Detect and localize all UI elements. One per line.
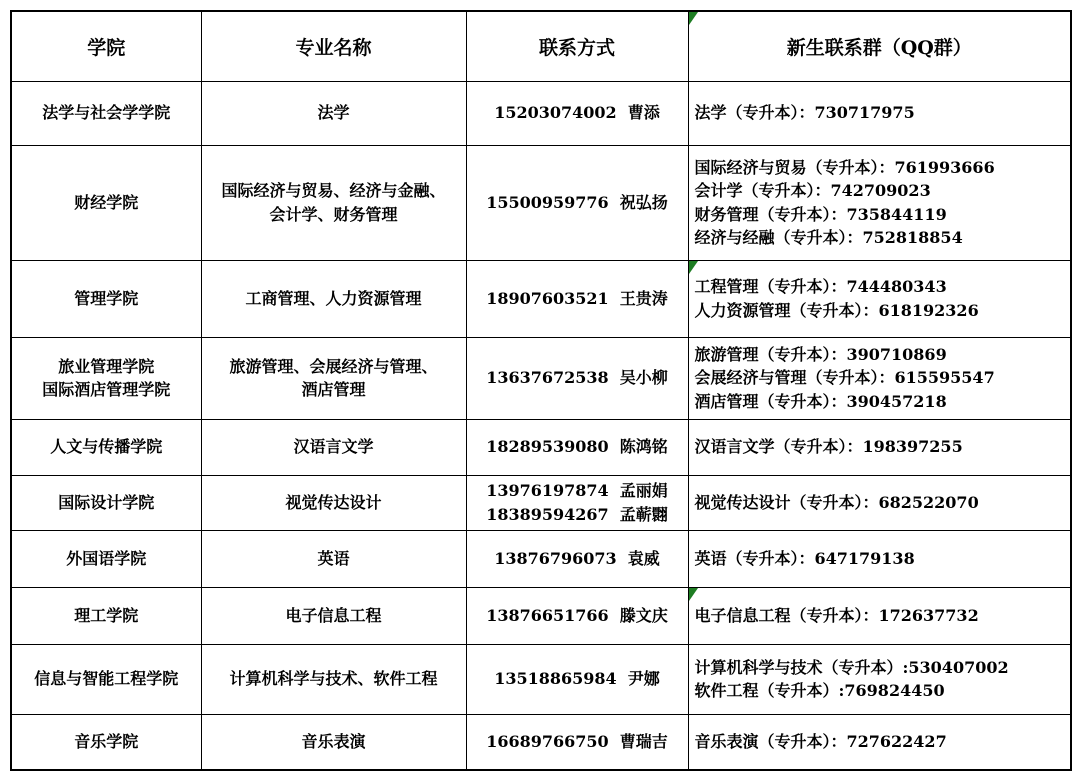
- cell-college-line: 人文与传播学院: [12, 435, 201, 458]
- cell-college-line: 信息与智能工程学院: [12, 667, 201, 690]
- cell-majors-line: 汉语言文学: [202, 435, 466, 458]
- cell-contact: 18907603521 王贵涛: [466, 260, 688, 337]
- cell-qq-group-line: 音乐表演（专升本）：727622427: [695, 730, 1069, 753]
- comment-marker-icon: [689, 12, 698, 25]
- cell-qq-group-line: 国际经济与贸易（专升本）：761993666: [695, 156, 1069, 179]
- cell-contact: 18289539080 陈鸿铭: [466, 419, 688, 475]
- header-row: 学院 专业名称 联系方式 新生联系群（QQ群）: [11, 11, 1071, 81]
- cell-qq-group: 视觉传达设计（专升本）：682522070: [688, 475, 1071, 530]
- cell-college-line: 理工学院: [12, 604, 201, 627]
- cell-college: 人文与传播学院: [11, 419, 201, 475]
- cell-majors: 旅游管理、会展经济与管理、酒店管理: [201, 337, 466, 419]
- cell-college-line: 旅业管理学院: [12, 355, 201, 378]
- cell-qq-group-line: 工程管理（专升本）：744480343: [695, 275, 1069, 298]
- comment-marker-icon: [689, 261, 698, 274]
- cell-majors-line: 电子信息工程: [202, 604, 466, 627]
- header-college-label: 学院: [87, 37, 125, 59]
- cell-qq-group-line: 旅游管理（专升本）：390710869: [695, 343, 1069, 366]
- cell-contact-line: 13637672538 吴小柳: [467, 366, 688, 389]
- cell-majors-line: 计算机科学与技术、软件工程: [202, 667, 466, 690]
- cell-contact-line: 15203074002 曹添: [467, 101, 688, 124]
- cell-contact: 13876796073 袁威: [466, 530, 688, 587]
- cell-qq-group: 工程管理（专升本）：744480343人力资源管理（专升本）：618192326: [688, 260, 1071, 337]
- cell-contact: 13876651766 滕文庆: [466, 587, 688, 644]
- table-row: 旅业管理学院国际酒店管理学院旅游管理、会展经济与管理、酒店管理136376725…: [11, 337, 1071, 419]
- cell-college-line: 财经学院: [12, 191, 201, 214]
- table-row: 国际设计学院视觉传达设计13976197874 孟丽娟18389594267 孟…: [11, 475, 1071, 530]
- cell-majors: 工商管理、人力资源管理: [201, 260, 466, 337]
- cell-college: 音乐学院: [11, 714, 201, 770]
- table-row: 法学与社会学学院法学15203074002 曹添法学（专升本）：73071797…: [11, 81, 1071, 145]
- header-qq-group-label: 新生联系群（QQ群）: [787, 37, 972, 59]
- cell-college-line: 国际设计学院: [12, 491, 201, 514]
- cell-majors-line: 英语: [202, 547, 466, 570]
- cell-college: 国际设计学院: [11, 475, 201, 530]
- cell-qq-group-line: 财务管理（专升本）：735844119: [695, 203, 1069, 226]
- cell-majors-line: 国际经济与贸易、经济与金融、: [202, 179, 466, 202]
- cell-qq-group: 音乐表演（专升本）：727622427: [688, 714, 1071, 770]
- cell-majors: 法学: [201, 81, 466, 145]
- page: 学院 专业名称 联系方式 新生联系群（QQ群） 法学与社会学学院法学152030…: [0, 0, 1080, 783]
- cell-majors-line: 会计学、财务管理: [202, 203, 466, 226]
- cell-contact: 15203074002 曹添: [466, 81, 688, 145]
- cell-college-line: 外国语学院: [12, 547, 201, 570]
- cell-contact-line: 13876651766 滕文庆: [467, 604, 688, 627]
- header-qq-group: 新生联系群（QQ群）: [688, 11, 1071, 81]
- cell-majors-line: 工商管理、人力资源管理: [202, 287, 466, 310]
- cell-college: 旅业管理学院国际酒店管理学院: [11, 337, 201, 419]
- cell-college: 管理学院: [11, 260, 201, 337]
- cell-majors-line: 旅游管理、会展经济与管理、: [202, 355, 466, 378]
- cell-qq-group: 电子信息工程（专升本）：172637732: [688, 587, 1071, 644]
- cell-qq-group-line: 会计学（专升本）：742709023: [695, 179, 1069, 202]
- table-row: 管理学院工商管理、人力资源管理18907603521 王贵涛工程管理（专升本）：…: [11, 260, 1071, 337]
- cell-majors: 英语: [201, 530, 466, 587]
- cell-contact-line: 18907603521 王贵涛: [467, 287, 688, 310]
- table-body: 法学与社会学学院法学15203074002 曹添法学（专升本）：73071797…: [11, 81, 1071, 770]
- cell-college: 理工学院: [11, 587, 201, 644]
- cell-qq-group: 国际经济与贸易（专升本）：761993666会计学（专升本）：742709023…: [688, 145, 1071, 260]
- cell-contact: 15500959776 祝弘扬: [466, 145, 688, 260]
- cell-qq-group-line: 酒店管理（专升本）：390457218: [695, 390, 1069, 413]
- header-contact-label: 联系方式: [539, 37, 615, 59]
- cell-qq-group-line: 软件工程（专升本）:769824450: [695, 679, 1069, 702]
- cell-qq-group: 英语（专升本）：647179138: [688, 530, 1071, 587]
- cell-qq-group-line: 汉语言文学（专升本）：198397255: [695, 435, 1069, 458]
- cell-majors-line: 音乐表演: [202, 730, 466, 753]
- cell-college: 财经学院: [11, 145, 201, 260]
- cell-contact-line: 18289539080 陈鸿铭: [467, 435, 688, 458]
- cell-contact: 16689766750 曹瑞吉: [466, 714, 688, 770]
- cell-qq-group-line: 电子信息工程（专升本）：172637732: [695, 604, 1069, 627]
- cell-college: 外国语学院: [11, 530, 201, 587]
- cell-college-line: 音乐学院: [12, 730, 201, 753]
- cell-majors: 视觉传达设计: [201, 475, 466, 530]
- cell-majors: 国际经济与贸易、经济与金融、会计学、财务管理: [201, 145, 466, 260]
- cell-college-line: 管理学院: [12, 287, 201, 310]
- header-college: 学院: [11, 11, 201, 81]
- header-majors-label: 专业名称: [295, 37, 371, 59]
- cell-college: 信息与智能工程学院: [11, 644, 201, 714]
- cell-qq-group-line: 经济与经融（专升本）：752818854: [695, 226, 1069, 249]
- cell-contact-line: 18389594267 孟蕲翾: [467, 503, 688, 526]
- table-row: 音乐学院音乐表演16689766750 曹瑞吉音乐表演（专升本）：7276224…: [11, 714, 1071, 770]
- cell-qq-group: 计算机科学与技术（专升本）:530407002软件工程（专升本）:7698244…: [688, 644, 1071, 714]
- cell-qq-group: 法学（专升本）：730717975: [688, 81, 1071, 145]
- table-row: 外国语学院英语13876796073 袁威英语（专升本）：647179138: [11, 530, 1071, 587]
- table-row: 财经学院国际经济与贸易、经济与金融、会计学、财务管理15500959776 祝弘…: [11, 145, 1071, 260]
- cell-college: 法学与社会学学院: [11, 81, 201, 145]
- cell-contact-line: 16689766750 曹瑞吉: [467, 730, 688, 753]
- cell-qq-group-line: 法学（专升本）：730717975: [695, 101, 1069, 124]
- cell-contact: 13976197874 孟丽娟18389594267 孟蕲翾: [466, 475, 688, 530]
- cell-majors: 汉语言文学: [201, 419, 466, 475]
- table-row: 信息与智能工程学院计算机科学与技术、软件工程13518865984 尹娜计算机科…: [11, 644, 1071, 714]
- cell-contact-line: 13876796073 袁威: [467, 547, 688, 570]
- cell-majors: 电子信息工程: [201, 587, 466, 644]
- cell-majors: 音乐表演: [201, 714, 466, 770]
- cell-majors-line: 酒店管理: [202, 378, 466, 401]
- cell-qq-group-line: 视觉传达设计（专升本）：682522070: [695, 491, 1069, 514]
- cell-contact: 13637672538 吴小柳: [466, 337, 688, 419]
- comment-marker-icon: [689, 588, 698, 601]
- college-contact-table: 学院 专业名称 联系方式 新生联系群（QQ群） 法学与社会学学院法学152030…: [10, 10, 1072, 771]
- cell-qq-group: 汉语言文学（专升本）：198397255: [688, 419, 1071, 475]
- cell-qq-group: 旅游管理（专升本）：390710869会展经济与管理（专升本）：61559554…: [688, 337, 1071, 419]
- cell-qq-group-line: 计算机科学与技术（专升本）:530407002: [695, 656, 1069, 679]
- cell-majors-line: 视觉传达设计: [202, 491, 466, 514]
- cell-majors: 计算机科学与技术、软件工程: [201, 644, 466, 714]
- cell-contact: 13518865984 尹娜: [466, 644, 688, 714]
- table-row: 理工学院电子信息工程13876651766 滕文庆电子信息工程（专升本）：172…: [11, 587, 1071, 644]
- cell-qq-group-line: 人力资源管理（专升本）：618192326: [695, 299, 1069, 322]
- header-contact: 联系方式: [466, 11, 688, 81]
- cell-college-line: 法学与社会学学院: [12, 101, 201, 124]
- cell-qq-group-line: 英语（专升本）：647179138: [695, 547, 1069, 570]
- table-row: 人文与传播学院汉语言文学18289539080 陈鸿铭汉语言文学（专升本）：19…: [11, 419, 1071, 475]
- cell-college-line: 国际酒店管理学院: [12, 378, 201, 401]
- header-majors: 专业名称: [201, 11, 466, 81]
- cell-contact-line: 13976197874 孟丽娟: [467, 479, 688, 502]
- cell-contact-line: 15500959776 祝弘扬: [467, 191, 688, 214]
- cell-qq-group-line: 会展经济与管理（专升本）：615595547: [695, 366, 1069, 389]
- cell-majors-line: 法学: [202, 101, 466, 124]
- cell-contact-line: 13518865984 尹娜: [467, 667, 688, 690]
